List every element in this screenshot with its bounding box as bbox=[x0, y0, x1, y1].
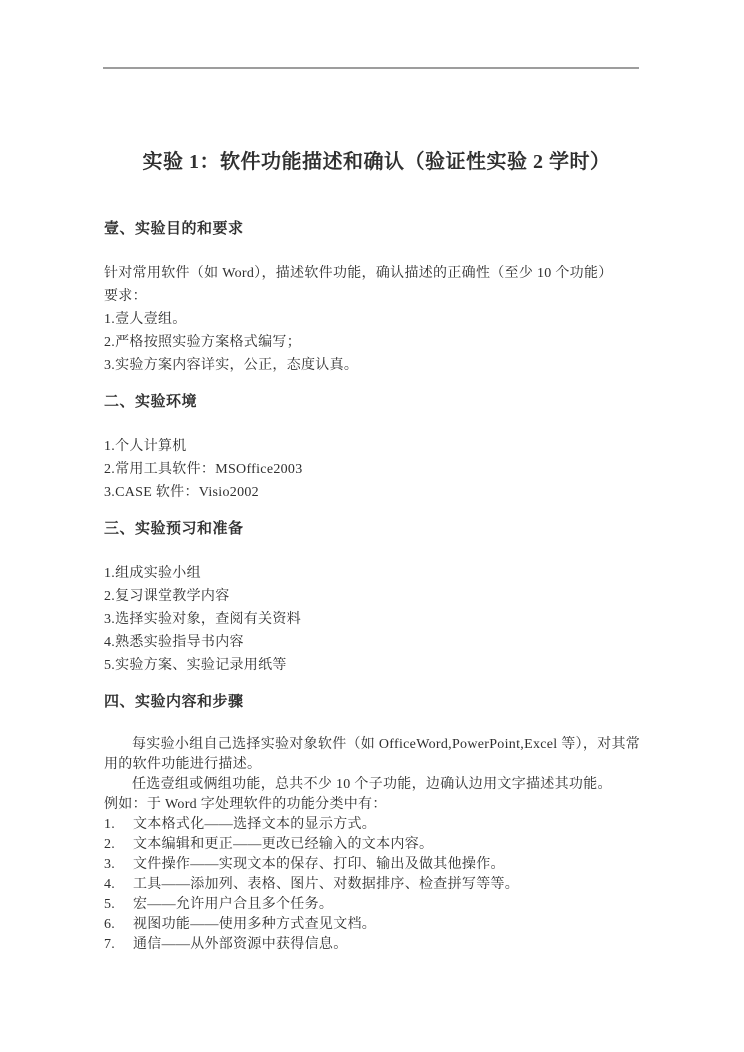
section-environment: 二、实验环境 1.个人计算机 2.常用工具软件：MSOffice2003 3.C… bbox=[104, 394, 649, 504]
numbered-list-item: 7. 通信——从外部资源中获得信息。 bbox=[104, 935, 649, 955]
paragraph-line: 针对常用软件（如 Word），描述软件功能，确认描述的正确性（至少 10 个功能… bbox=[104, 262, 649, 285]
list-line: 2.严格按照实验方案格式编写； bbox=[104, 331, 649, 354]
header-rule bbox=[103, 67, 639, 69]
list-item-text: 文件操作——实现文本的保存、打印、输出及做其他操作。 bbox=[133, 855, 649, 875]
document-title: 实验 1：软件功能描述和确认（验证性实验 2 学时） bbox=[104, 149, 649, 176]
section-content-steps: 四、实验内容和步骤 每实验小组自己选择实验对象软件（如 OfficeWord,P… bbox=[104, 694, 649, 955]
list-item-text: 宏——允许用户合且多个任务。 bbox=[133, 895, 649, 915]
section-heading: 三、实验预习和准备 bbox=[104, 521, 649, 538]
document-page: 实验 1：软件功能描述和确认（验证性实验 2 学时） 壹、实验目的和要求 针对常… bbox=[0, 0, 744, 1052]
list-item-number: 2. bbox=[104, 835, 133, 855]
list-line: 3.CASE 软件：Visio2002 bbox=[104, 481, 649, 504]
list-item-text: 通信——从外部资源中获得信息。 bbox=[133, 935, 649, 955]
numbered-list-item: 5. 宏——允许用户合且多个任务。 bbox=[104, 895, 649, 915]
list-line: 1.个人计算机 bbox=[104, 435, 649, 458]
list-item-number: 6. bbox=[104, 915, 133, 935]
list-line: 1.壹人壹组。 bbox=[104, 308, 649, 331]
list-line: 2.复习课堂教学内容 bbox=[104, 585, 649, 608]
section-heading: 二、实验环境 bbox=[104, 394, 649, 411]
numbered-list-item: 4. 工具——添加列、表格、图片、对数据排序、检查拼写等等。 bbox=[104, 875, 649, 895]
list-item-number: 5. bbox=[104, 895, 133, 915]
numbered-list-item: 3. 文件操作——实现文本的保存、打印、输出及做其他操作。 bbox=[104, 855, 649, 875]
list-line: 4.熟悉实验指导书内容 bbox=[104, 631, 649, 654]
section-objectives: 壹、实验目的和要求 针对常用软件（如 Word），描述软件功能，确认描述的正确性… bbox=[104, 221, 649, 377]
paragraph: 例如：于 Word 字处理软件的功能分类中有： bbox=[104, 795, 649, 815]
numbered-list-item: 1. 文本格式化——选择文本的显示方式。 bbox=[104, 815, 649, 835]
list-line: 3.实验方案内容详实，公正，态度认真。 bbox=[104, 354, 649, 377]
numbered-list-item: 6. 视图功能——使用多种方式查见文档。 bbox=[104, 915, 649, 935]
list-item-text: 文本格式化——选择文本的显示方式。 bbox=[133, 815, 649, 835]
list-line: 1.组成实验小组 bbox=[104, 562, 649, 585]
list-item-number: 3. bbox=[104, 855, 133, 875]
list-item-number: 1. bbox=[104, 815, 133, 835]
paragraph-line: 要求： bbox=[104, 285, 649, 308]
list-item-number: 7. bbox=[104, 935, 133, 955]
section-heading: 壹、实验目的和要求 bbox=[104, 221, 649, 238]
paragraph: 每实验小组自己选择实验对象软件（如 OfficeWord,PowerPoint,… bbox=[104, 735, 649, 775]
list-line: 5.实验方案、实验记录用纸等 bbox=[104, 654, 649, 677]
list-line: 2.常用工具软件：MSOffice2003 bbox=[104, 458, 649, 481]
list-item-text: 文本编辑和更正——更改已经输入的文本内容。 bbox=[133, 835, 649, 855]
list-item-text: 工具——添加列、表格、图片、对数据排序、检查拼写等等。 bbox=[133, 875, 649, 895]
paragraph: 任选壹组或俩组功能，总共不少 10 个子功能，边确认边用文字描述其功能。 bbox=[104, 775, 649, 795]
list-item-number: 4. bbox=[104, 875, 133, 895]
section-preparation: 三、实验预习和准备 1.组成实验小组 2.复习课堂教学内容 3.选择实验对象，查… bbox=[104, 521, 649, 677]
document-content: 实验 1：软件功能描述和确认（验证性实验 2 学时） 壹、实验目的和要求 针对常… bbox=[104, 149, 649, 955]
section-heading: 四、实验内容和步骤 bbox=[104, 694, 649, 711]
list-line: 3.选择实验对象，查阅有关资料 bbox=[104, 608, 649, 631]
numbered-list-item: 2. 文本编辑和更正——更改已经输入的文本内容。 bbox=[104, 835, 649, 855]
list-item-text: 视图功能——使用多种方式查见文档。 bbox=[133, 915, 649, 935]
